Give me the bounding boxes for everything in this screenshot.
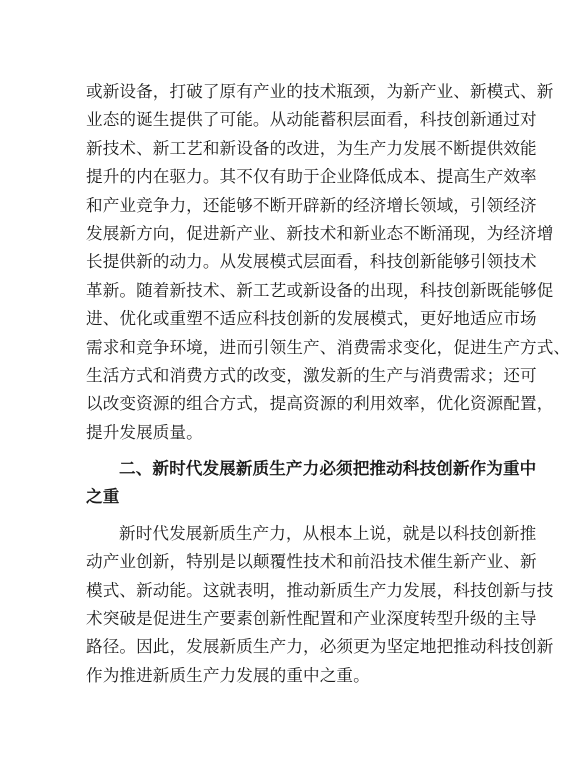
text-line: 发展新方向，促进新产业、新技术和新业态不断涌现，为经济增 [86, 220, 506, 248]
text-line: 动产业创新，特别是以颠覆性技术和前沿技术催生新产业、新 [86, 548, 506, 576]
paragraph-spacing [86, 447, 506, 455]
paragraph-continuation: 或新设备，打破了原有产业的技术瓶颈，为新产业、新模式、新 业态的诞生提供了可能。… [86, 78, 506, 447]
text-line: 革新。随着新技术、新工艺或新设备的出现，科技创新既能够促 [86, 277, 506, 305]
text-line: 业态的诞生提供了可能。从动能蓄积层面看，科技创新通过对 [86, 106, 506, 134]
text-line: 需求和竞争环境，进而引领生产、消费需求变化，促进生产方式、 [86, 334, 506, 362]
text-line: 提升的内在驱力。其不仅有助于企业降低成本、提高生产效率 [86, 163, 506, 191]
section-heading: 二、新时代发展新质生产力必须把推动科技创新作为重中 之重 [86, 455, 506, 512]
text-line: 路径。因此，发展新质生产力，必须更为坚定地把推动科技创新 [86, 633, 506, 661]
text-line: 以改变资源的组合方式，提高资源的利用效率，优化资源配置， [86, 390, 506, 418]
text-line: 长提供新的动力。从发展模式层面看，科技创新能够引领技术 [86, 248, 506, 276]
text-line: 模式、新动能。这就表明，推动新质生产力发展，科技创新与技 [86, 577, 506, 605]
document-page: 或新设备，打破了原有产业的技术瓶颈，为新产业、新模式、新 业态的诞生提供了可能。… [86, 78, 506, 690]
heading-line: 二、新时代发展新质生产力必须把推动科技创新作为重中 [86, 455, 506, 483]
text-line: 新时代发展新质生产力，从根本上说，就是以科技创新推 [86, 520, 506, 548]
paragraph-spacing [86, 512, 506, 520]
text-line: 和产业竞争力，还能够不断开辟新的经济增长领域，引领经济 [86, 192, 506, 220]
text-line: 作为推进新质生产力发展的重中之重。 [86, 662, 506, 690]
text-line: 生活方式和消费方式的改变，激发新的生产与消费需求；还可 [86, 362, 506, 390]
text-line: 新技术、新工艺和新设备的改进，为生产力发展不断提供效能 [86, 135, 506, 163]
text-line: 或新设备，打破了原有产业的技术瓶颈，为新产业、新模式、新 [86, 78, 506, 106]
text-line: 术突破是促进生产要素创新性配置和产业深度转型升级的主导 [86, 605, 506, 633]
text-line: 进、优化或重塑不适应科技创新的发展模式，更好地适应市场 [86, 305, 506, 333]
text-line: 提升发展质量。 [86, 419, 506, 447]
heading-line: 之重 [86, 483, 506, 511]
paragraph-body: 新时代发展新质生产力，从根本上说，就是以科技创新推 动产业创新，特别是以颠覆性技… [86, 520, 506, 690]
